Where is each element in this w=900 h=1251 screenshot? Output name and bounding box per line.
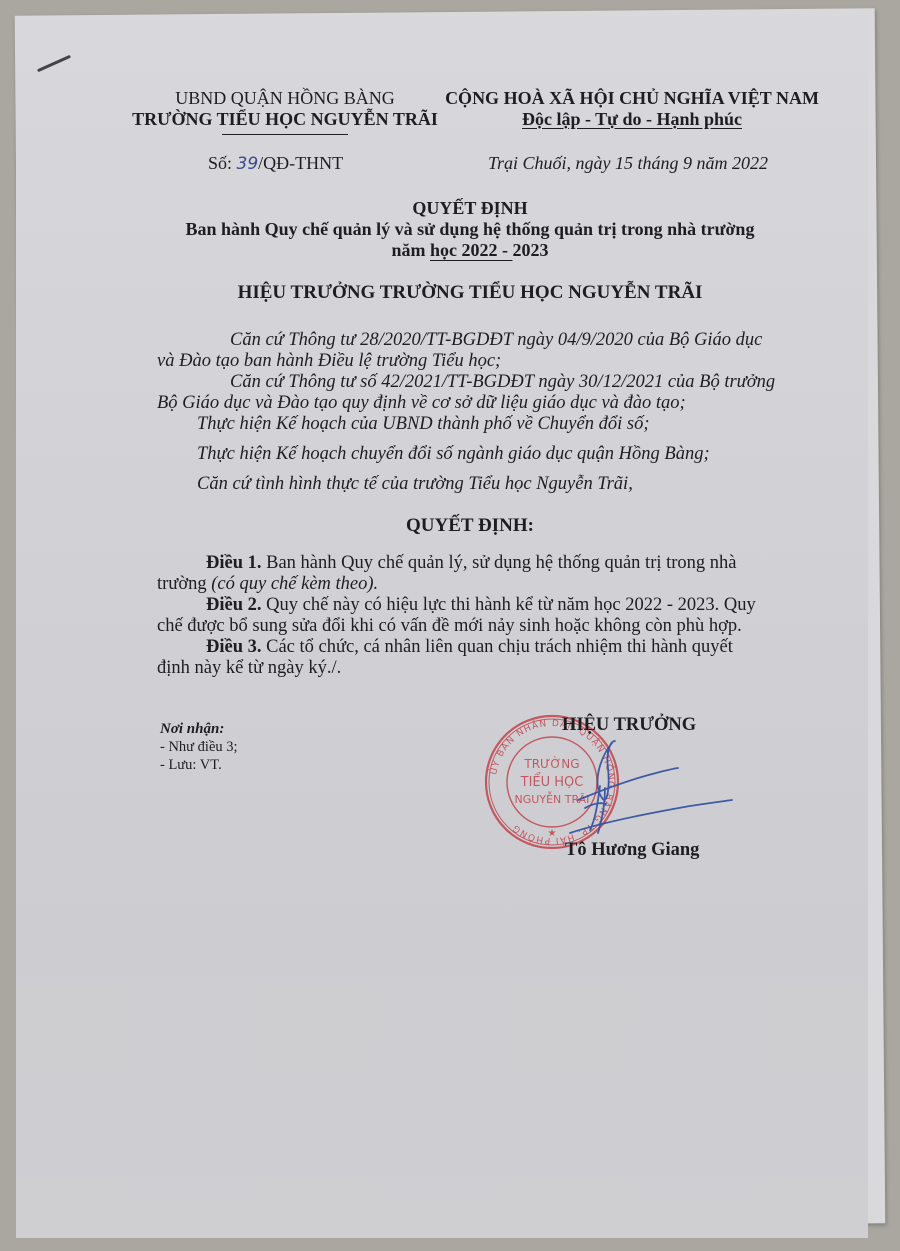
year-underlined: học 2022 - xyxy=(430,240,513,260)
article-text: Ban hành Quy chế quản lý, sử dụng hệ thố… xyxy=(262,553,737,573)
article-label: Điều 2. xyxy=(206,595,262,615)
document-number: Số: 39/QĐ-THNT xyxy=(208,153,343,174)
issuer-heading: HIỆU TRƯỞNG TRƯỜNG TIỂU HỌC NGUYỄN TRÃI xyxy=(100,282,840,304)
national-motto: Độc lập - Tự do - Hạnh phúc xyxy=(522,109,742,129)
country-name: CỘNG HOÀ XÃ HỘI CHỦ NGHĨA VIỆT NAM xyxy=(432,88,832,109)
number-prefix: Số: xyxy=(208,153,237,173)
authority-name: UBND QUẬN HỒNG BÀNG xyxy=(130,88,440,109)
legal-basis: Căn cứ Thông tư 28/2020/TT-BGDĐT ngày 04… xyxy=(157,330,827,495)
signer-title: HIỆU TRƯỞNG xyxy=(562,715,696,736)
issuing-authority-block: UBND QUẬN HỒNG BÀNG TRƯỜNG TIỂU HỌC NGUY… xyxy=(130,88,440,135)
year-rest: 2023 xyxy=(513,240,549,260)
national-header-block: CỘNG HOÀ XÃ HỘI CHỦ NGHĨA VIỆT NAM Độc l… xyxy=(432,88,832,130)
article-3: Điều 3. Các tổ chức, cá nhân liên quan c… xyxy=(157,637,827,658)
handwritten-signature-icon xyxy=(560,738,735,838)
document-subject: Ban hành Quy chế quản lý và sử dụng hệ t… xyxy=(100,219,840,240)
article-text: trường xyxy=(157,574,211,594)
basis-line: Căn cứ Thông tư 28/2020/TT-BGDĐT ngày 04… xyxy=(157,330,827,351)
basis-line: Thực hiện Kế hoạch của UBND thành phố về… xyxy=(157,414,827,435)
article-1-cont: trường (có quy chế kèm theo). xyxy=(157,574,827,595)
recipient-item: - Như điều 3; xyxy=(160,738,238,756)
place-date: Trại Chuối, ngày 15 tháng 9 năm 2022 xyxy=(488,153,768,174)
article-text: định này kể từ ngày ký./. xyxy=(157,658,341,678)
article-2: Điều 2. Quy chế này có hiệu lực thi hành… xyxy=(157,595,827,616)
article-text: chế được bổ sung sửa đổi khi có vấn đề m… xyxy=(157,616,742,636)
recipients: Nơi nhận: - Như điều 3; - Lưu: VT. xyxy=(160,720,238,774)
number-suffix: /QĐ-THNT xyxy=(258,153,343,173)
school-year: năm học 2022 - 2023 xyxy=(100,240,840,261)
article-label: Điều 1. xyxy=(206,553,262,573)
basis-line: và Đào tạo ban hành Điều lệ trường Tiểu … xyxy=(157,351,827,372)
decision-heading: QUYẾT ĐỊNH: xyxy=(100,515,840,537)
handwritten-number: 39 xyxy=(237,154,259,174)
basis-line: Căn cứ Thông tư số 42/2021/TT-BGDĐT ngày… xyxy=(157,372,827,393)
article-text: Quy chế này có hiệu lực thi hành kể từ n… xyxy=(262,595,756,615)
article-text: Các tổ chức, cá nhân liên quan chịu trác… xyxy=(262,637,733,657)
document-type: QUYẾT ĐỊNH xyxy=(100,198,840,219)
document-title-block: QUYẾT ĐỊNH Ban hành Quy chế quản lý và s… xyxy=(100,198,840,261)
recipient-item: - Lưu: VT. xyxy=(160,756,238,774)
article-2-cont: chế được bổ sung sửa đổi khi có vấn đề m… xyxy=(157,616,827,637)
article-1: Điều 1. Ban hành Quy chế quản lý, sử dụn… xyxy=(157,553,827,574)
article-3-cont: định này kể từ ngày ký./. xyxy=(157,658,827,679)
header-rule xyxy=(222,134,348,135)
article-label: Điều 3. xyxy=(206,637,262,657)
year-prefix: năm xyxy=(391,240,430,260)
articles: Điều 1. Ban hành Quy chế quản lý, sử dụn… xyxy=(157,548,827,679)
signer-name: Tô Hương Giang xyxy=(565,840,699,861)
basis-line: Bộ Giáo dục và Đào tạo quy định về cơ sở… xyxy=(157,393,827,414)
basis-line: Căn cứ tình hình thực tế của trường Tiểu… xyxy=(157,474,827,495)
svg-text:★: ★ xyxy=(548,828,557,839)
school-name: TRƯỜNG TIỂU HỌC NGUYỄN TRÃI xyxy=(130,109,440,130)
article-note: (có quy chế kèm theo). xyxy=(211,574,378,594)
basis-line: Thực hiện Kế hoạch chuyển đổi số ngành g… xyxy=(157,444,827,465)
recipients-label: Nơi nhận: xyxy=(160,720,238,738)
